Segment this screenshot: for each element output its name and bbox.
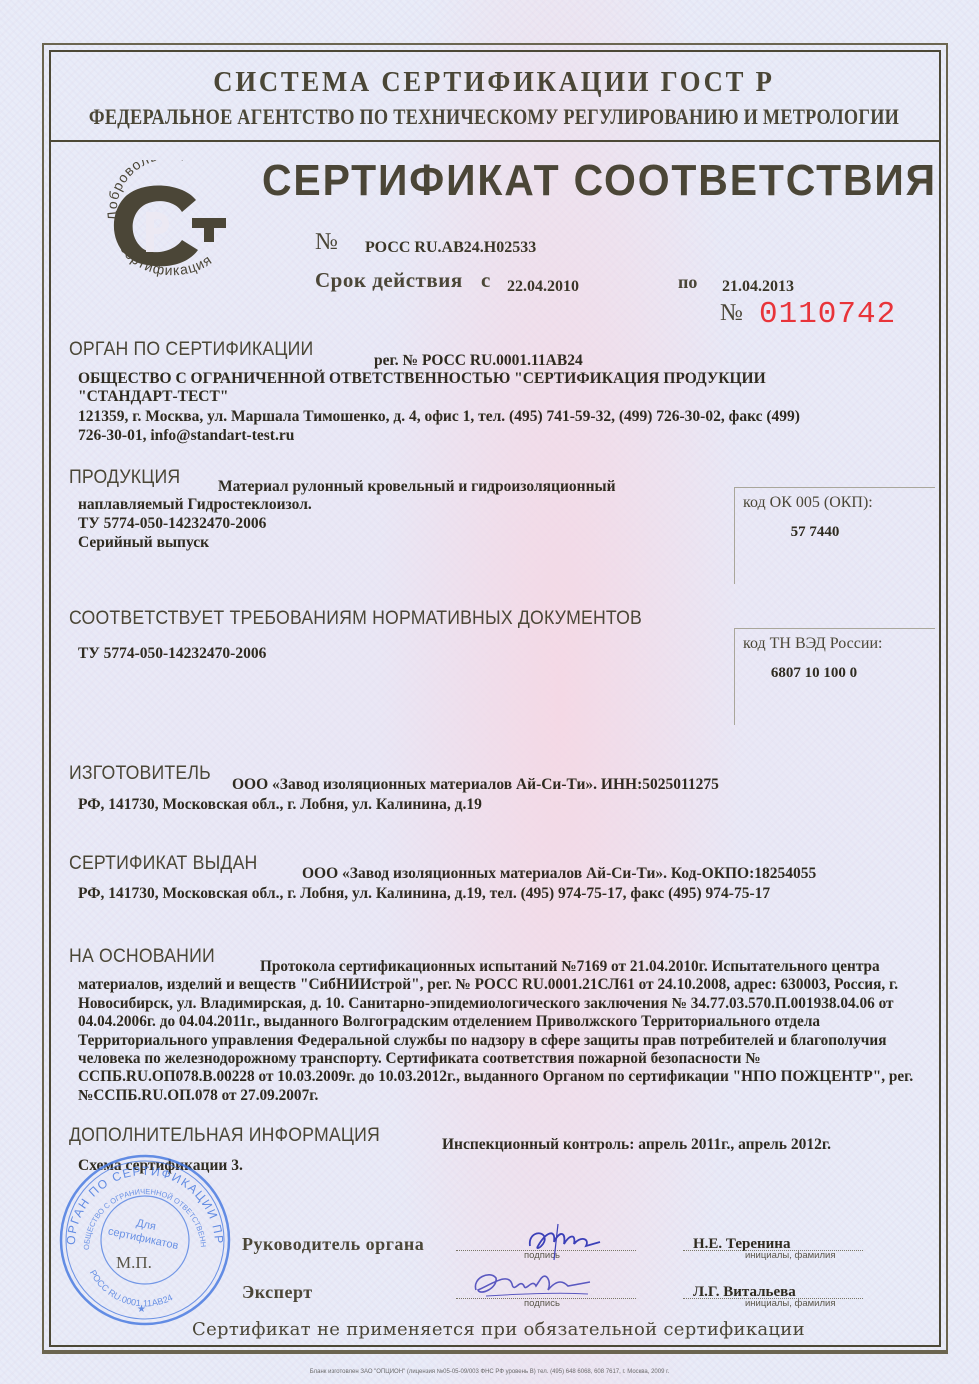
head-name-caption: инициалы, фамилия — [745, 1250, 835, 1261]
head-signature-icon — [520, 1222, 610, 1262]
expert-label: Эксперт — [242, 1282, 313, 1303]
agency-name: ФЕДЕРАЛЬНОЕ АГЕНТСТВО ПО ТЕХНИЧЕСКОМУ РЕ… — [84, 104, 904, 130]
okp-code-box: код ОК 005 (ОКП): 57 7440 — [734, 487, 935, 584]
rst-voluntary-certification-logo-icon: Добровольная сертификация — [100, 160, 240, 285]
blank-printer-info: Бланк изготовлен ЗАО "ОПЦИОН" (лицензия … — [0, 1369, 979, 1375]
validity-to-label: по — [678, 272, 697, 293]
certificate-title: СЕРТИФИКАТ СООТВЕТСТВИЯ — [262, 156, 937, 206]
validity-from-label: с — [481, 268, 490, 293]
head-of-body-label: Руководитель органа — [242, 1234, 424, 1255]
svg-text:РОСС RU.0001.11АВ24: РОСС RU.0001.11АВ24 — [88, 1268, 174, 1308]
validity-label: Срок действия — [315, 268, 463, 293]
product-line3: ТУ 5774-050-14232470-2006 — [78, 515, 266, 533]
issued-to-name: ООО «Завод изоляционных материалов Ай-Си… — [302, 865, 816, 883]
system-title: СИСТЕМА СЕРТИФИКАЦИИ ГОСТ Р — [40, 66, 949, 99]
tnved-code-value: 6807 10 100 0 — [735, 665, 893, 682]
manufacturer-name: ООО «Завод изоляционных материалов Ай-Си… — [232, 776, 719, 794]
certification-body-stamp-icon: ОРГАН ПО СЕРТИФИКАЦИИ ПРОДУКЦИИ ОБЩЕСТВО… — [55, 1150, 235, 1330]
product-line1: Материал рулонный кровельный и гидроизол… — [218, 478, 616, 496]
product-heading: ПРОДУКЦИЯ — [69, 467, 180, 489]
certificate-number: РОСС RU.АВ24.Н02533 — [365, 239, 536, 257]
footer-divider — [42, 1350, 946, 1352]
certification-body-address-line1: 121359, г. Москва, ул. Маршала Тимошенко… — [78, 408, 800, 426]
issued-to-address: РФ, 141730, Московская обл., г. Лобня, у… — [78, 885, 770, 903]
certification-body-heading: ОРГАН ПО СЕРТИФИКАЦИИ — [69, 339, 313, 361]
tnved-code-box: код ТН ВЭД России: 6807 10 100 0 — [734, 628, 935, 725]
serial-number-sign: № — [720, 300, 743, 327]
mandatory-certification-disclaimer: Сертификат не применяется при обязательн… — [192, 1319, 805, 1340]
svg-text:ОРГАН ПО СЕРТИФИКАЦИИ ПРОДУКЦИ: ОРГАН ПО СЕРТИФИКАЦИИ ПРОДУКЦИИ — [55, 1150, 226, 1245]
manufacturer-heading: ИЗГОТОВИТЕЛЬ — [69, 763, 211, 785]
svg-text:★: ★ — [137, 1304, 146, 1315]
header-divider — [49, 140, 939, 142]
conformity-heading: СООТВЕТСТВУЕТ ТРЕБОВАНИЯМ НОРМАТИВНЫХ ДО… — [69, 608, 642, 630]
okp-code-label: код ОК 005 (ОКП): — [743, 494, 873, 512]
tnved-code-label: код ТН ВЭД России: — [743, 635, 882, 653]
certification-body-reg-number: рег. № РОСС RU.0001.11АВ24 — [374, 352, 583, 370]
certification-body-name-line1: ОБЩЕСТВО С ОГРАНИЧЕННОЙ ОТВЕТСТВЕННОСТЬЮ… — [78, 370, 766, 388]
product-line4: Серийный выпуск — [78, 534, 209, 552]
validity-date-to: 21.04.2013 — [722, 278, 794, 296]
seal-place-label: М.П. — [116, 1253, 152, 1273]
okp-code-value: 57 7440 — [735, 524, 895, 541]
certification-body-name-line2: "СТАНДАРТ-ТЕСТ" — [78, 388, 228, 406]
expert-name-caption: инициалы, фамилия — [745, 1298, 835, 1309]
conformity-document: ТУ 5774-050-14232470-2006 — [78, 645, 266, 663]
issued-to-heading: СЕРТИФИКАТ ВЫДАН — [69, 853, 257, 875]
validity-date-from: 22.04.2010 — [507, 278, 579, 296]
basis-text: Протокола сертификационных испытаний №71… — [78, 958, 938, 1105]
inspection-control: Инспекционный контроль: апрель 2011г., а… — [442, 1136, 831, 1154]
additional-info-heading: ДОПОЛНИТЕЛЬНАЯ ИНФОРМАЦИЯ — [69, 1125, 380, 1147]
certification-body-address-line2: 726-30-01, info@standart-test.ru — [78, 427, 294, 445]
blank-serial-number: 0110742 — [759, 297, 896, 332]
number-sign: № — [315, 229, 338, 256]
manufacturer-address: РФ, 141730, Московская обл., г. Лобня, у… — [78, 796, 482, 814]
product-line2: наплавляемый Гидростеклоизол. — [78, 496, 312, 514]
expert-signature-icon — [468, 1264, 598, 1304]
